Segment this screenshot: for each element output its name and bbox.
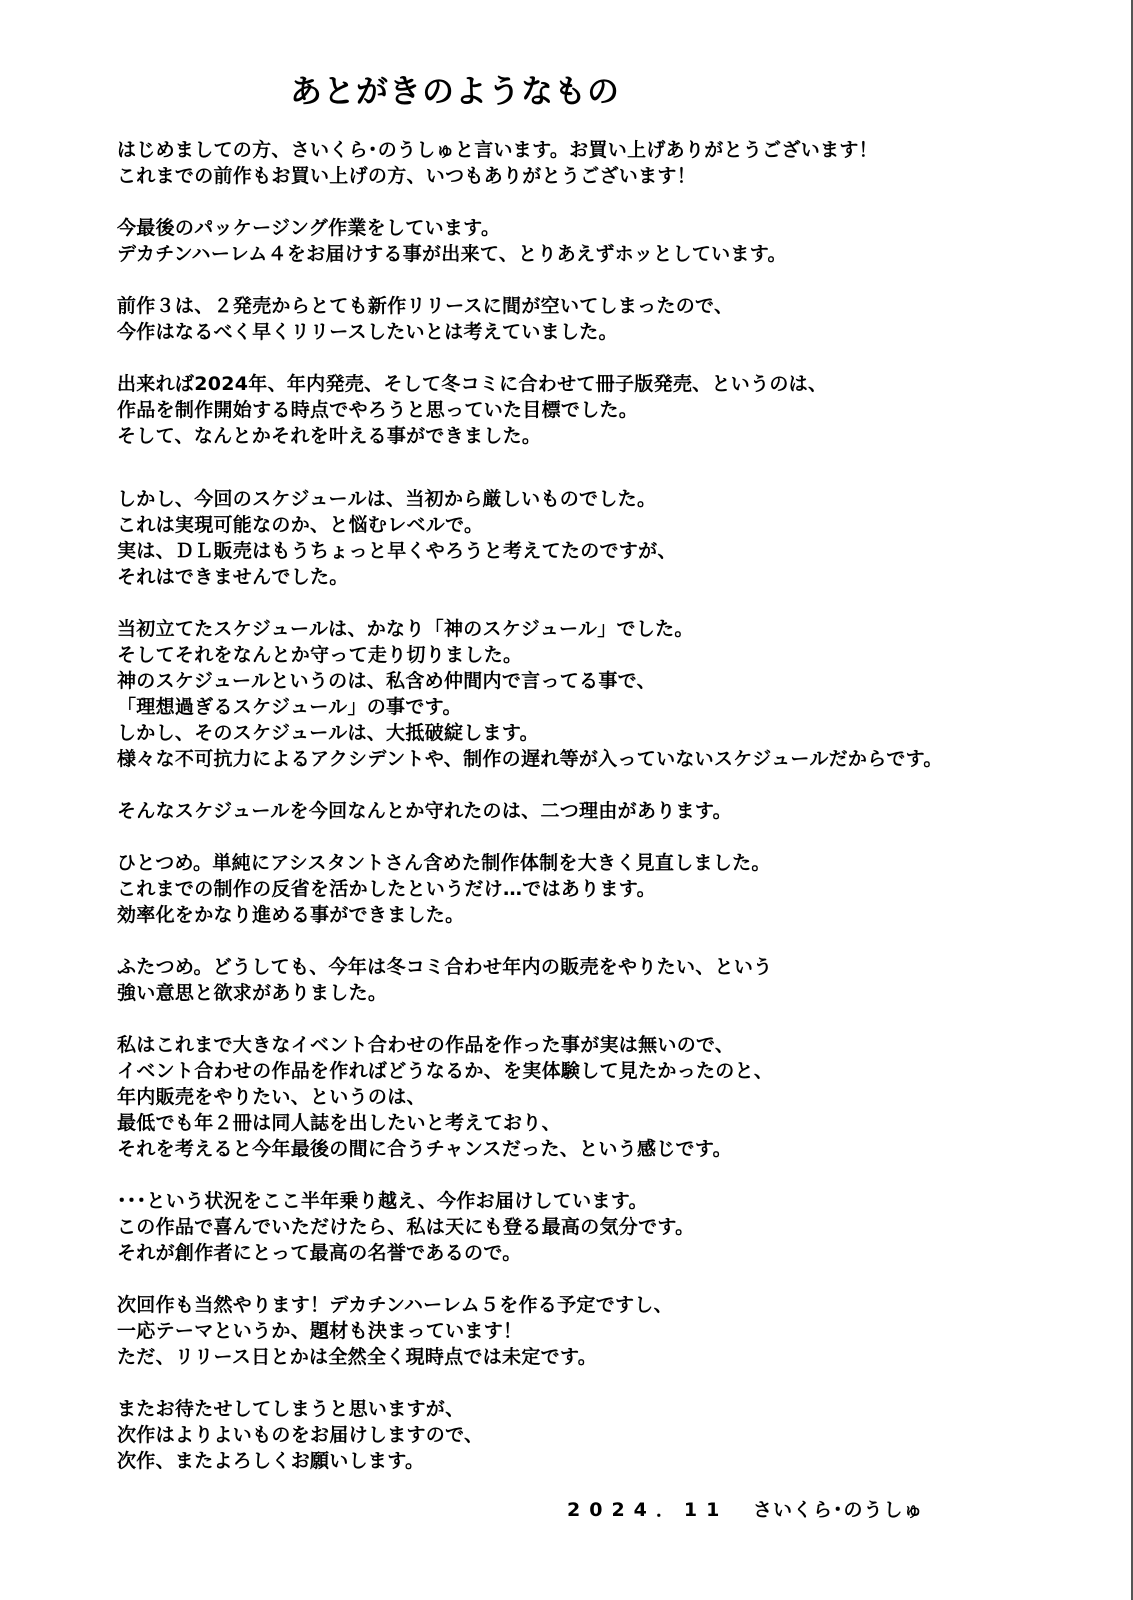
paragraph-tight-schedule: しかし、今回のスケジュールは、当初から厳しいものでした。 これは実現可能なのか、… — [117, 486, 1117, 590]
text-line: 前作３は、２発売からとても新作リリースに間が空いてしまったので、 — [117, 293, 1117, 319]
text-line: デカチンハーレム４をお届けする事が出来て、とりあえずホッとしています。 — [117, 241, 1117, 267]
signature-date: 2024．11 — [567, 1499, 728, 1521]
signature: 2024．11 さいくら･のうしゅ — [567, 1497, 923, 1523]
text-line: 次作、またよろしくお願いします。 — [117, 1448, 1117, 1474]
text-line: ひとつめ。単純にアシスタントさん含めた制作体制を大きく見直しました。 — [117, 850, 1117, 876]
text-line: 今作はなるべく早くリリースしたいとは考えていました。 — [117, 319, 1117, 345]
paragraph-previous-work: 前作３は、２発売からとても新作リリースに間が空いてしまったので、 今作はなるべく… — [117, 293, 1117, 345]
paragraph-god-schedule: 当初立てたスケジュールは、かなり「神のスケジュール」でした。 そしてそれをなんと… — [117, 616, 1117, 772]
signature-author: さいくら･のうしゅ — [753, 1499, 924, 1521]
text-line: そしてそれをなんとか守って走り切りました。 — [117, 642, 1117, 668]
text-line: それはできませんでした。 — [117, 564, 1117, 590]
text-line: 次作はよりよいものをお届けしますので、 — [117, 1422, 1117, 1448]
text-line: そして、なんとかそれを叶える事ができました。 — [117, 423, 1117, 449]
text-line: そんなスケジュールを今回なんとか守れたのは、二つ理由があります。 — [117, 798, 1117, 824]
text-line: 実は、ＤＬ販売はもうちょっと早くやろうと考えてたのですが、 — [117, 538, 1117, 564]
text-line: それが創作者にとって最高の名誉であるので。 — [117, 1240, 1117, 1266]
paragraph-delivery: ･･･という状況をここ半年乗り越え、今作お届けしています。 この作品で喜んでいた… — [117, 1188, 1117, 1266]
text-line: 作品を制作開始する時点でやろうと思っていた目標でした。 — [117, 397, 1117, 423]
text-line: またお待たせしてしまうと思いますが、 — [117, 1396, 1117, 1422]
text-line: はじめましての方、さいくら･のうしゅと言います。お買い上げありがとうございます！ — [117, 137, 1117, 163]
paragraph-reason-one: ひとつめ。単純にアシスタントさん含めた制作体制を大きく見直しました。 これまでの… — [117, 850, 1117, 928]
paragraph-packaging: 今最後のパッケージング作業をしています。 デカチンハーレム４をお届けする事が出来… — [117, 215, 1117, 267]
text-line: しかし、そのスケジュールは、大抵破綻します。 — [117, 720, 1117, 746]
text-line: これは実現可能なのか、と悩むレベルで。 — [117, 512, 1117, 538]
paragraph-event-experience: 私はこれまで大きなイベント合わせの作品を作った事が実は無いので、 イベント合わせ… — [117, 1032, 1117, 1162]
text-line: 様々な不可抗力によるアクシデントや、制作の遅れ等が入っていないスケジュールだから… — [117, 746, 1117, 772]
paragraph-greeting: はじめましての方、さいくら･のうしゅと言います。お買い上げありがとうございます！… — [117, 137, 1117, 189]
paragraph-closing: またお待たせしてしまうと思いますが、 次作はよりよいものをお届けしますので、 次… — [117, 1396, 1117, 1474]
paragraph-two-reasons: そんなスケジュールを今回なんとか守れたのは、二つ理由があります。 — [117, 798, 1117, 824]
afterword-body: はじめましての方、さいくら･のうしゅと言います。お買い上げありがとうございます！… — [117, 137, 1117, 1500]
text-line: 効率化をかなり進める事ができました。 — [117, 902, 1117, 928]
text-line: それを考えると今年最後の間に合うチャンスだった、という感じです。 — [117, 1136, 1117, 1162]
paragraph-reason-two: ふたつめ。どうしても、今年は冬コミ合わせ年内の販売をやりたい、という 強い意思と… — [117, 954, 1117, 1006]
text-line: 出来れば2024年、年内発売、そして冬コミに合わせて冊子版発売、というのは、 — [117, 371, 1117, 397]
text-line: 神のスケジュールというのは、私含め仲間内で言ってる事で、 — [117, 668, 1117, 694]
text-line: 当初立てたスケジュールは、かなり「神のスケジュール」でした。 — [117, 616, 1117, 642]
text-line: 今最後のパッケージング作業をしています。 — [117, 215, 1117, 241]
text-line: 年内販売をやりたい、というのは、 — [117, 1084, 1117, 1110]
text-line: ふたつめ。どうしても、今年は冬コミ合わせ年内の販売をやりたい、という — [117, 954, 1117, 980]
paragraph-next-work: 次回作も当然やります！デカチンハーレム５を作る予定ですし、 一応テーマというか、… — [117, 1292, 1117, 1370]
text-line: しかし、今回のスケジュールは、当初から厳しいものでした。 — [117, 486, 1117, 512]
text-line: 次回作も当然やります！デカチンハーレム５を作る予定ですし、 — [117, 1292, 1117, 1318]
page-title: あとがきのようなもの — [290, 71, 620, 111]
text-line: イベント合わせの作品を作ればどうなるか、を実体験して見たかったのと、 — [117, 1058, 1117, 1084]
text-line: ･･･という状況をここ半年乗り越え、今作お届けしています。 — [117, 1188, 1117, 1214]
text-line: 「理想過ぎるスケジュール」の事です。 — [117, 694, 1117, 720]
text-line: これまでの前作もお買い上げの方、いつもありがとうございます！ — [117, 163, 1117, 189]
text-line: 一応テーマというか、題材も決まっています！ — [117, 1318, 1117, 1344]
text-line: 私はこれまで大きなイベント合わせの作品を作った事が実は無いので、 — [117, 1032, 1117, 1058]
text-line: これまでの制作の反省を活かしたというだけ…ではあります。 — [117, 876, 1117, 902]
text-line: 強い意思と欲求がありました。 — [117, 980, 1117, 1006]
text-line: この作品で喜んでいただけたら、私は天にも登る最高の気分です。 — [117, 1214, 1117, 1240]
paragraph-goal: 出来れば2024年、年内発売、そして冬コミに合わせて冊子版発売、というのは、 作… — [117, 371, 1117, 449]
text-line: ただ、リリース日とかは全然全く現時点では未定です。 — [117, 1344, 1117, 1370]
text-line: 最低でも年２冊は同人誌を出したいと考えており、 — [117, 1110, 1117, 1136]
